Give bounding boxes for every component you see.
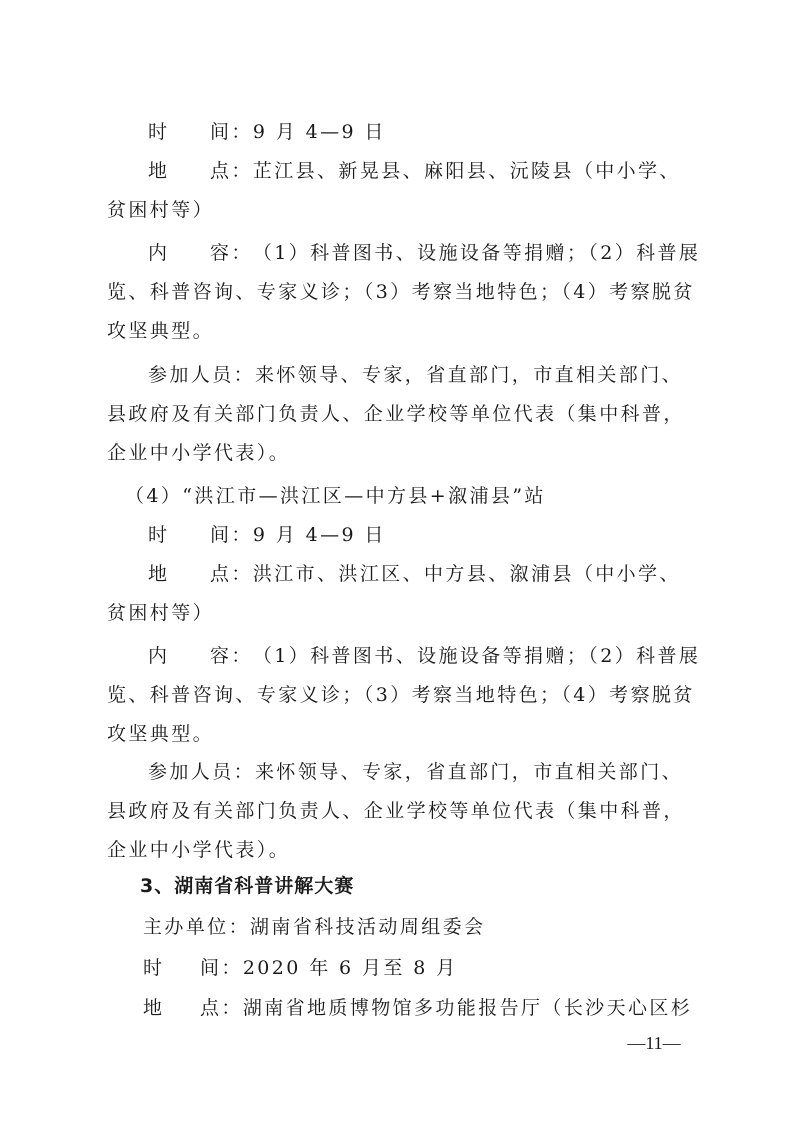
place-label-b: 点： xyxy=(210,559,253,589)
organizer-label: 主办单位： xyxy=(143,912,250,942)
participants-line-2: 参加人员：来怀领导、专家，省直部门，市直相关部门、 xyxy=(148,757,738,787)
place-value: 洪江市、洪江区、中方县、溆浦县（中小学、 xyxy=(253,563,681,585)
time-label-b: 间： xyxy=(200,953,243,983)
place-line-3: 地点：湖南省地质博物馆多功能报告厅（长沙天心区杉 xyxy=(143,993,733,1023)
participants-continuation-4: 企业中小学代表）。 xyxy=(107,835,697,865)
time-label-a: 时 xyxy=(148,117,210,147)
place-line-2: 地点：洪江市、洪江区、中方县、溆浦县（中小学、 xyxy=(148,559,738,589)
content-label-b: 容： xyxy=(210,238,253,268)
time-value: 2020 年 6 月至 8 月 xyxy=(243,957,458,979)
place-label-a: 地 xyxy=(148,559,210,589)
page-number: —11— xyxy=(614,1033,694,1054)
document-page: 时间：9 月 4—9 日 地点：芷江县、新晃县、麻阳县、沅陵县（中小学、 贫困村… xyxy=(0,0,793,1122)
participants-continuation-1: 县政府及有关部门负责人、企业学校等单位代表（集中科普， xyxy=(107,399,697,429)
station-heading: （4）“洪江市—洪江区—中方县+溆浦县”站 xyxy=(125,481,715,511)
section-heading: 3、湖南省科普讲解大赛 xyxy=(140,871,730,901)
content-continuation-3: 览、科普咨询、专家义诊；（3）考察当地特色；（4）考察脱贫 xyxy=(107,680,697,710)
place-value: 湖南省地质博物馆多功能报告厅（长沙天心区杉 xyxy=(243,997,692,1019)
content-value: （1）科普图书、设施设备等捐赠；（2）科普展 xyxy=(253,242,700,264)
content-label-b: 容： xyxy=(210,641,253,671)
organizer-line: 主办单位：湖南省科技活动周组委会 xyxy=(143,912,733,942)
content-label-a: 内 xyxy=(148,641,210,671)
participants-line: 参加人员：来怀领导、专家，省直部门，市直相关部门、 xyxy=(148,360,738,390)
content-value: （1）科普图书、设施设备等捐赠；（2）科普展 xyxy=(253,645,700,667)
time-line: 时间：9 月 4—9 日 xyxy=(148,117,738,147)
time-line-2: 时间：9 月 4—9 日 xyxy=(148,520,738,550)
place-label-a: 地 xyxy=(148,156,210,186)
content-line: 内容：（1）科普图书、设施设备等捐赠；（2）科普展 xyxy=(148,238,738,268)
content-continuation-2: 攻坚典型。 xyxy=(107,316,697,346)
participants-continuation-3: 县政府及有关部门负责人、企业学校等单位代表（集中科普， xyxy=(107,796,697,826)
time-label-b: 间： xyxy=(210,520,253,550)
time-label-b: 间： xyxy=(210,117,253,147)
content-continuation-4: 攻坚典型。 xyxy=(107,719,697,749)
organizer-value: 湖南省科技活动周组委会 xyxy=(250,916,485,938)
time-label-a: 时 xyxy=(148,520,210,550)
content-line-2: 内容：（1）科普图书、设施设备等捐赠；（2）科普展 xyxy=(148,641,738,671)
place-label-b: 点： xyxy=(200,993,243,1023)
participants-continuation-2: 企业中小学代表）。 xyxy=(107,438,697,468)
content-continuation-1: 览、科普咨询、专家义诊；（3）考察当地特色；（4）考察脱贫 xyxy=(107,277,697,307)
place-continuation: 贫困村等） xyxy=(107,195,697,225)
place-label-b: 点： xyxy=(210,156,253,186)
time-value: 9 月 4—9 日 xyxy=(253,121,386,143)
time-line-3: 时间：2020 年 6 月至 8 月 xyxy=(143,953,733,983)
time-value: 9 月 4—9 日 xyxy=(253,524,386,546)
place-continuation-2: 贫困村等） xyxy=(107,598,697,628)
place-label-a: 地 xyxy=(143,993,200,1023)
place-line: 地点：芷江县、新晃县、麻阳县、沅陵县（中小学、 xyxy=(148,156,738,186)
place-value: 芷江县、新晃县、麻阳县、沅陵县（中小学、 xyxy=(253,160,681,182)
time-label-a: 时 xyxy=(143,953,200,983)
content-label-a: 内 xyxy=(148,238,210,268)
